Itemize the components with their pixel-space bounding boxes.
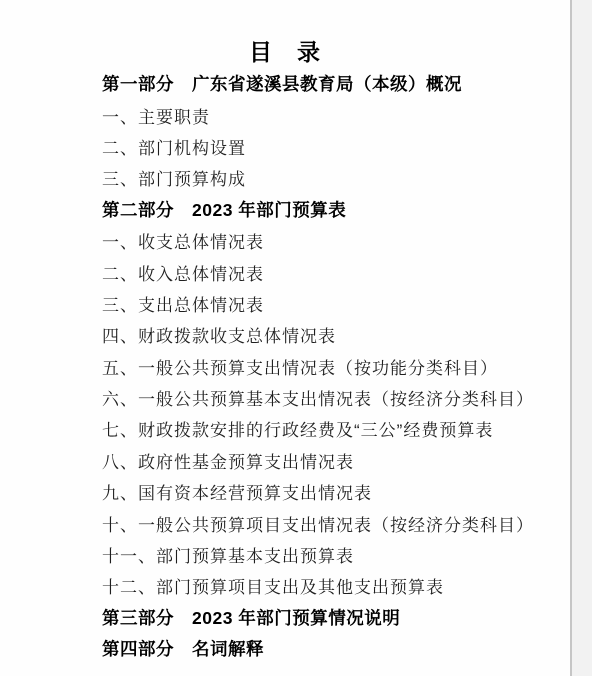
toc-item-public-budget-basic-by-economic: 六、一般公共预算基本支出情况表（按经济分类科目） [102, 382, 550, 413]
page-right-margin [570, 0, 592, 676]
document-viewport: 目 录 第一部分 广东省遂溪县教育局（本级）概况 一、主要职责 二、部门机构设置… [0, 0, 592, 676]
toc-item-public-budget-project-by-economic: 十、一般公共预算项目支出情况表（按经济分类科目） [102, 507, 550, 538]
toc-item-expense-overview: 三、支出总体情况表 [102, 288, 550, 319]
toc-section-part1: 第一部分 广东省遂溪县教育局（本级）概况 [102, 68, 550, 99]
toc-item-basic-expense-budget: 十一、部门预算基本支出预算表 [102, 539, 550, 570]
toc-item-project-other-expense-budget: 十二、部门预算项目支出及其他支出预算表 [102, 570, 550, 601]
toc-item-state-capital-budget: 九、国有资本经营预算支出情况表 [102, 476, 550, 507]
toc-section-part3: 第三部分 2023 年部门预算情况说明 [102, 602, 550, 633]
toc-section-part2: 第二部分 2023 年部门预算表 [102, 194, 550, 225]
toc-item-duties: 一、主要职责 [102, 99, 550, 130]
toc-item-budget-composition: 三、部门预算构成 [102, 162, 550, 193]
toc-item-income-overview: 二、收入总体情况表 [102, 256, 550, 287]
page-title: 目 录 [0, 36, 570, 68]
toc-item-public-budget-by-function: 五、一般公共预算支出情况表（按功能分类科目） [102, 351, 550, 382]
toc-item-government-fund-budget: 八、政府性基金预算支出情况表 [102, 445, 550, 476]
toc-item-structure: 二、部门机构设置 [102, 131, 550, 162]
toc-section-part4: 第四部分 名词解释 [102, 633, 550, 664]
toc-item-fiscal-allocation-overview: 四、财政拨款收支总体情况表 [102, 319, 550, 350]
toc-item-income-expense-overview: 一、收支总体情况表 [102, 225, 550, 256]
toc-item-admin-three-public-funds: 七、财政拨款安排的行政经费及“三公”经费预算表 [102, 413, 550, 444]
table-of-contents: 第一部分 广东省遂溪县教育局（本级）概况 一、主要职责 二、部门机构设置 三、部… [102, 68, 550, 664]
document-page: 目 录 第一部分 广东省遂溪县教育局（本级）概况 一、主要职责 二、部门机构设置… [0, 0, 570, 676]
